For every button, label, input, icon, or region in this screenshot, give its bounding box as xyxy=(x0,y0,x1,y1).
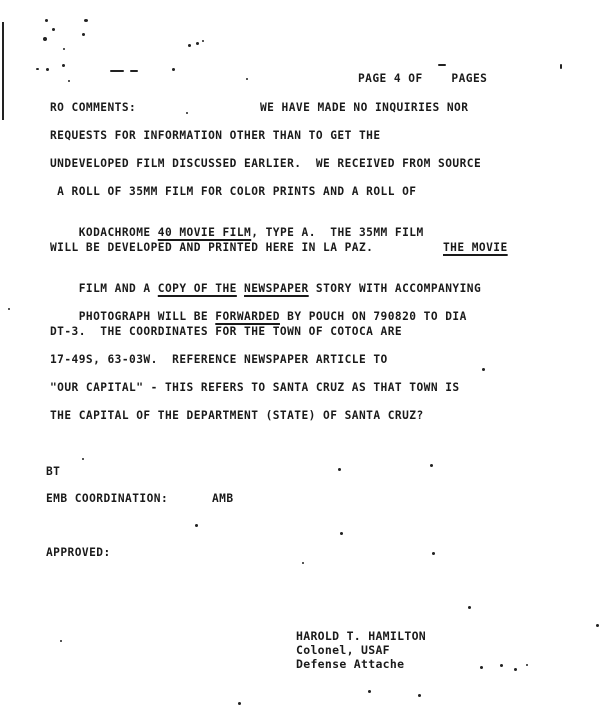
scan-speck xyxy=(36,68,39,70)
scan-speck xyxy=(526,664,528,666)
scan-speck xyxy=(172,68,175,71)
underlined-text: 40 MOVIE FILM xyxy=(158,226,251,239)
scan-speck xyxy=(195,524,198,527)
scan-speck xyxy=(560,64,562,69)
scan-speck xyxy=(514,668,517,671)
scan-speck xyxy=(468,606,471,609)
underlined-text: NEWSPAPER xyxy=(244,282,309,295)
underlined-text: FORWARDED xyxy=(215,310,280,323)
body-line-6: WILL BE DEVELOPED AND PRINTED HERE IN LA… xyxy=(50,241,373,254)
scan-edge-line xyxy=(2,22,4,120)
scan-speck xyxy=(432,552,435,555)
scan-speck xyxy=(480,666,483,669)
scan-speck xyxy=(202,40,204,42)
scan-speck xyxy=(52,28,55,31)
scan-speck xyxy=(338,468,341,471)
scan-speck xyxy=(45,19,48,22)
signature-name: HAROLD T. HAMILTON xyxy=(296,629,426,643)
text-span xyxy=(237,282,244,295)
scan-speck xyxy=(8,308,10,310)
text-span: , TYPE A. THE 35MM FILM xyxy=(251,226,423,239)
body-line-11: "OUR CAPITAL" - THIS REFERS TO SANTA CRU… xyxy=(50,381,460,394)
scan-speck xyxy=(430,464,433,467)
scan-speck xyxy=(418,694,421,697)
signature-title: Defense Attache xyxy=(296,657,404,671)
scan-speck xyxy=(110,70,124,72)
text-span: PHOTOGRAPH WILL BE xyxy=(79,310,216,323)
scan-speck xyxy=(68,80,70,82)
document-page: PAGE 4 OF PAGES RO COMMENTS: WE HAVE MAD… xyxy=(0,0,600,721)
scan-speck xyxy=(82,33,85,36)
text-span: FILM AND A xyxy=(79,282,158,295)
scan-speck xyxy=(368,690,371,693)
scan-speck xyxy=(596,624,599,627)
scan-speck xyxy=(186,112,188,114)
scan-speck xyxy=(438,64,446,66)
emb-coordination-value: AMB xyxy=(212,492,234,505)
text-span: KODACHROME xyxy=(79,226,158,239)
page-number-header: PAGE 4 OF PAGES xyxy=(358,72,487,85)
text-span: STORY WITH ACCOMPANYING xyxy=(309,282,481,295)
underlined-text: COPY OF THE xyxy=(158,282,237,295)
body-line-4: A ROLL OF 35MM FILM FOR COLOR PRINTS AND… xyxy=(50,185,416,198)
emb-coordination-label: EMB COORDINATION: xyxy=(46,492,168,505)
scan-speck xyxy=(246,78,248,80)
body-line-10: 17-49S, 63-03W. REFERENCE NEWSPAPER ARTI… xyxy=(50,353,388,366)
scan-speck xyxy=(130,70,138,72)
signature-rank: Colonel, USAF xyxy=(296,643,390,657)
body-line-9: DT-3. THE COORDINATES FOR THE TOWN OF CO… xyxy=(50,325,402,338)
scan-speck xyxy=(340,532,343,535)
text-span: BY POUCH ON 790820 TO DIA xyxy=(280,310,467,323)
scan-speck xyxy=(46,68,49,71)
scan-speck xyxy=(62,64,65,67)
scan-speck xyxy=(238,702,241,705)
scan-speck xyxy=(188,44,191,47)
body-line-1: WE HAVE MADE NO INQUIRIES NOR xyxy=(260,101,468,114)
comments-label: RO COMMENTS: xyxy=(50,101,136,114)
scan-speck xyxy=(84,19,88,22)
body-line-3: UNDEVELOPED FILM DISCUSSED EARLIER. WE R… xyxy=(50,157,481,170)
body-line-6-underlined: THE MOVIE xyxy=(443,241,508,254)
bt-marker: BT xyxy=(46,465,60,478)
scan-speck xyxy=(82,458,84,460)
scan-speck xyxy=(500,664,503,667)
approved-label: APPROVED: xyxy=(46,546,111,559)
scan-speck xyxy=(43,37,47,41)
scan-speck xyxy=(196,42,199,45)
body-line-2: REQUESTS FOR INFORMATION OTHER THAN TO G… xyxy=(50,129,381,142)
scan-speck xyxy=(63,48,65,50)
scan-speck xyxy=(302,562,304,564)
body-line-12: THE CAPITAL OF THE DEPARTMENT (STATE) OF… xyxy=(50,409,424,422)
scan-speck xyxy=(60,640,62,642)
scan-speck xyxy=(482,368,485,371)
